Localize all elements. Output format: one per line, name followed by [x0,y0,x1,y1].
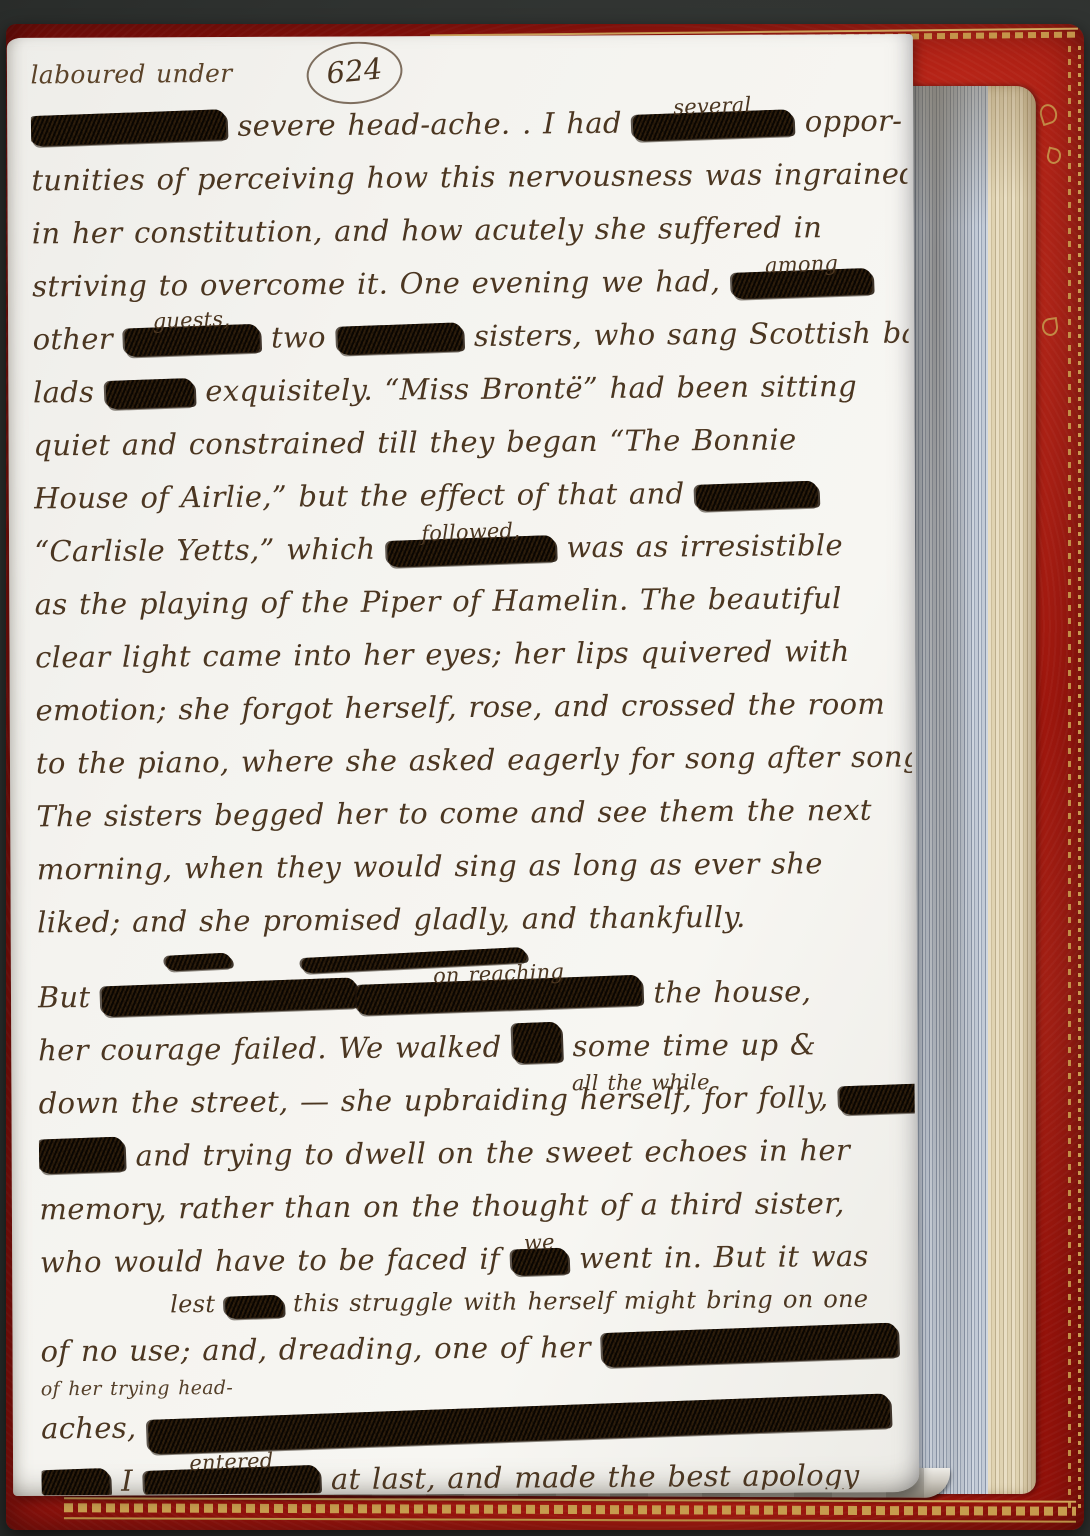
handwriting-text: But [38,980,102,1015]
spacer [232,968,302,969]
ink-scribble-deletion: on reaching [356,975,642,1015]
handwriting-text: some time up & [561,1027,816,1063]
manuscript-line: other guests, two sisters, who sang Scot… [32,308,908,368]
manuscript-line: liked; and she promised gladly, and than… [37,891,913,951]
ink-scribble-deletion [41,1468,110,1495]
flyleaf-edges [988,86,1036,1494]
handwriting-text: went in. But it was [567,1239,868,1275]
handwriting-text: of no use; and, dreading, one of her [40,1330,602,1368]
handwriting-text: at last, and made the best apology [319,1458,859,1495]
interlinear-insertion: guests, [152,309,230,333]
handwriting-text: House of Airlie,” but the effect of that… [34,476,696,515]
manuscript-page: laboured under624 severe head-ache. . I … [7,34,919,1496]
manuscript-line: But on reaching the house, [38,966,914,1026]
spacer [38,969,166,970]
handwriting-text: striving to overcome it. One evening we … [32,264,732,303]
handwriting-text: of her trying head- [41,1377,233,1401]
ink-scribble-deletion [31,109,227,146]
manuscript-line: clear light came into her eyes; her lips… [35,626,911,686]
ink-scribble-deletion: guests, [124,324,260,357]
interlinear-insertion: among [764,253,838,277]
manuscript-line: memory, rather than on the thought of a … [39,1177,915,1237]
manuscript-lines: severe head-ache. . I had several oppor-… [31,96,918,1496]
handwriting-text: The sisters begged her to come and see t… [36,793,872,834]
interlinear-insertion: several [673,95,752,119]
catchword: laboured under [30,59,232,90]
ink-scribble-deletion: several [633,109,794,141]
ink-scribble-deletion [165,952,232,970]
handwriting-text: aches, [41,1411,148,1446]
handwriting-text: “Carlisle Yetts,” which [34,532,387,569]
manuscript-line: emotion; she forgot herself, rose, and c… [35,679,911,739]
manuscript-line: and trying to dwell on the sweet echoes … [39,1125,915,1185]
manuscript-line: The sisters begged her to come and see t… [36,785,912,845]
handwriting-text: exquisitely. “Miss Brontë” had been sitt… [194,369,857,408]
handwriting-text: morning, when they would sing as long as… [37,846,823,886]
gold-tooling-right [1068,46,1082,1508]
ink-scribble-deletion [696,481,819,511]
ink-scribble-deletion: followed, [387,535,556,567]
manuscript-line: of no use; and, dreading, one of her [40,1319,916,1379]
ink-scribble-deletion [148,1393,891,1454]
handwriting-text: in her constitution, and how acutely she… [32,210,823,250]
interlinear-insertion: entered [189,1450,274,1474]
interlinear-insertion: on reaching [433,961,565,987]
handwriting-text: I [109,1464,144,1496]
ink-scribble-deletion [839,1083,917,1114]
handwriting-text: emotion; she forgot herself, rose, and c… [35,687,885,728]
manuscript-line: her courage failed. We walked some time … [38,1019,914,1079]
handwriting-text: liked; and she promised gladly, and than… [37,900,746,940]
manuscript-line: striving to overcome it. One evening we … [32,255,908,315]
ink-scribble-deletion [101,977,357,1016]
manuscript-line: tunities of perceiving how this nervousn… [31,149,907,209]
ink-scribble-deletion [225,1295,284,1319]
interlinear-insertion: followed, [421,520,521,545]
handwriting-text: sisters, who sang Scottish bal- [462,315,917,353]
handwriting-text: oppor- [793,104,902,139]
ink-scribble-deletion: entered [144,1465,320,1496]
handwriting-text: the house, [642,974,812,1009]
manuscript-line: to the piano, where she asked eagerly fo… [36,732,912,792]
manuscript-photo: { "colors":{ "background_dark":"#212422"… [0,0,1090,1536]
ink-scribble-deletion: we [511,1247,568,1275]
handwriting-text: to the piano, where she asked eagerly fo… [36,739,918,780]
manuscript-line: House of Airlie,” but the effect of that… [34,467,910,527]
handwriting-text: and trying to dwell on the sweet echoes … [124,1133,850,1173]
ink-scribble-deletion: among [731,268,872,299]
manuscript-line: morning, when they would sing as long as… [37,838,913,898]
ink-scribble-deletion [38,1137,124,1174]
handwriting-text: two [259,320,337,355]
manuscript-line: who would have to be faced if we went in… [40,1230,916,1290]
manuscript-line: severe head-ache. . I had several oppor- [31,96,907,156]
ink-scribble-deletion [602,1323,898,1368]
ink-scribble-deletion [337,322,463,354]
handwriting-text: clear light came into her eyes; her lips… [35,634,850,674]
manuscript-text-area: laboured under624 severe head-ache. . I … [30,38,917,1496]
handwriting-text: memory, rather than on the thought of a … [39,1186,844,1226]
handwriting-text: quiet and constrained till they began “T… [33,422,796,462]
page-header: laboured under624 [30,38,906,103]
manuscript-line: as the playing of the Piper of Hamelin. … [35,573,911,633]
manuscript-line: I entered at last, and made the best apo… [41,1449,917,1495]
ink-scribble-deletion [105,378,194,409]
page-number-circle: 624 [304,38,406,109]
handwriting-text: as the playing of the Piper of Hamelin. … [35,581,842,621]
manuscript-line: aches, [41,1396,917,1456]
handwriting-text: her courage failed. We walked [38,1030,513,1068]
ink-scribble-deletion [512,1022,561,1064]
handwriting-text: was as irresistible [555,528,843,564]
page-number: 624 [325,51,384,90]
handwriting-text: severe head-ache. . I had [226,106,634,143]
handwriting-text: tunities of perceiving how this nervousn… [31,156,917,197]
gold-tooling-bottom [64,1497,1076,1523]
manuscript-line: quiet and constrained till they began “T… [33,414,909,474]
handwriting-text: lads [33,375,106,410]
handwriting-text: for folly, [692,1080,840,1115]
spacer [40,1312,170,1313]
interlinear-insertion: all the while [572,1072,710,1094]
manuscript-line: down the street, — she upbraiding hersel… [38,1072,914,1132]
book-fore-edge-pages [902,86,1036,1494]
manuscript-line: “Carlisle Yetts,” which followed, was as… [34,520,910,580]
handwriting-text: other [33,322,125,357]
handwriting-text: this struggle with herself might bring o… [283,1285,868,1318]
handwriting-text: who would have to be faced if [40,1242,512,1280]
handwriting-text: lest [170,1290,225,1318]
interlinear-insertion: we [523,1232,555,1254]
manuscript-line: lads exquisitely. “Miss Brontë” had been… [33,361,909,421]
